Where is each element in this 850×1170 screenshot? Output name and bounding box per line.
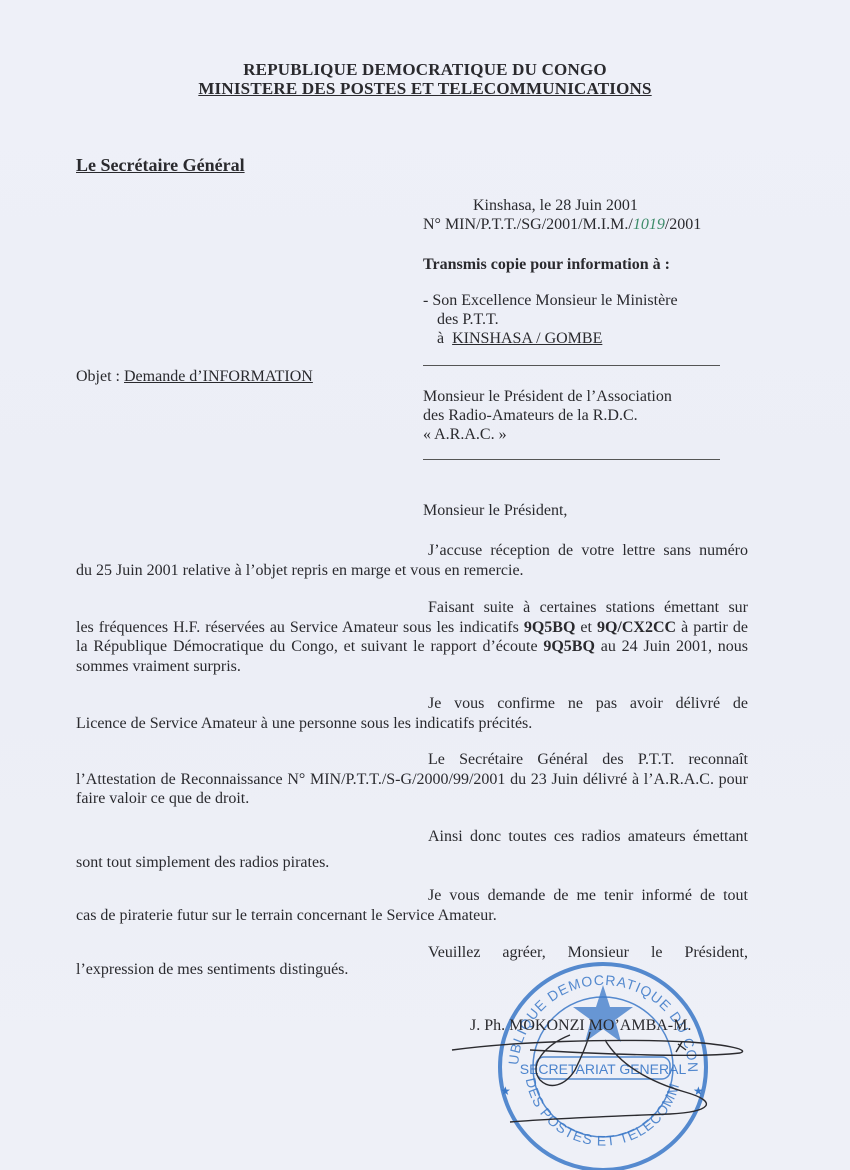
paragraph-5: Ainsi donc toutes ces radios amateurs ém… [76, 827, 748, 872]
callsign: 9Q5BQ [524, 619, 576, 636]
handwritten-number: 1019 [633, 216, 665, 233]
copy-to-line3: à KINSHASA / GOMBE [437, 330, 602, 348]
callsign: 9Q/CX2CC [597, 619, 676, 636]
recipient-line3: « A.R.A.C. » [423, 426, 507, 444]
paragraph-4: Le Secrétaire Général des P.T.T. reconna… [76, 750, 748, 809]
paragraph-1: J’accuse réception de votre lettre sans … [76, 541, 748, 580]
divider-line [423, 365, 720, 366]
callsign: 9Q5BQ [543, 638, 595, 655]
reference-number: N° MIN/P.T.T./SG/2001/M.I.M./1019/2001 [423, 216, 701, 234]
paragraph-6: Je vous demande de me tenir informé de t… [76, 886, 748, 925]
salutation: Monsieur le Président, [423, 502, 567, 520]
copy-to-line2: des P.T.T. [437, 311, 499, 329]
letterhead-country: REPUBLIQUE DEMOCRATIQUE DU CONGO [0, 60, 850, 80]
letterhead-ministry: MINISTERE DES POSTES ET TELECOMMUNICATIO… [198, 79, 651, 98]
paragraph-2: Faisant suite à certaines stations émett… [76, 598, 748, 676]
recipient-line1: Monsieur le Président de l’Association [423, 388, 672, 406]
letter-page: REPUBLIQUE DEMOCRATIQUE DU CONGO MINISTE… [0, 0, 850, 1170]
copy-to-place: KINSHASA / GOMBE [452, 330, 602, 347]
paragraph-3: Je vous confirme ne pas avoir délivré de… [76, 694, 748, 733]
recipient-line2: des Radio-Amateurs de la R.D.C. [423, 407, 638, 425]
copy-to-line1: - Son Excellence Monsieur le Ministère [423, 292, 678, 310]
copy-to-heading: Transmis copie pour information à : [423, 256, 670, 274]
handwritten-signature [450, 1020, 750, 1130]
divider-line [423, 459, 720, 460]
subject-value: Demande d’INFORMATION [124, 368, 313, 385]
sender-title: Le Secrétaire Général [76, 155, 245, 176]
place-date: Kinshasa, le 28 Juin 2001 [473, 197, 638, 215]
subject-line: Objet : Demande d’INFORMATION [76, 368, 313, 386]
